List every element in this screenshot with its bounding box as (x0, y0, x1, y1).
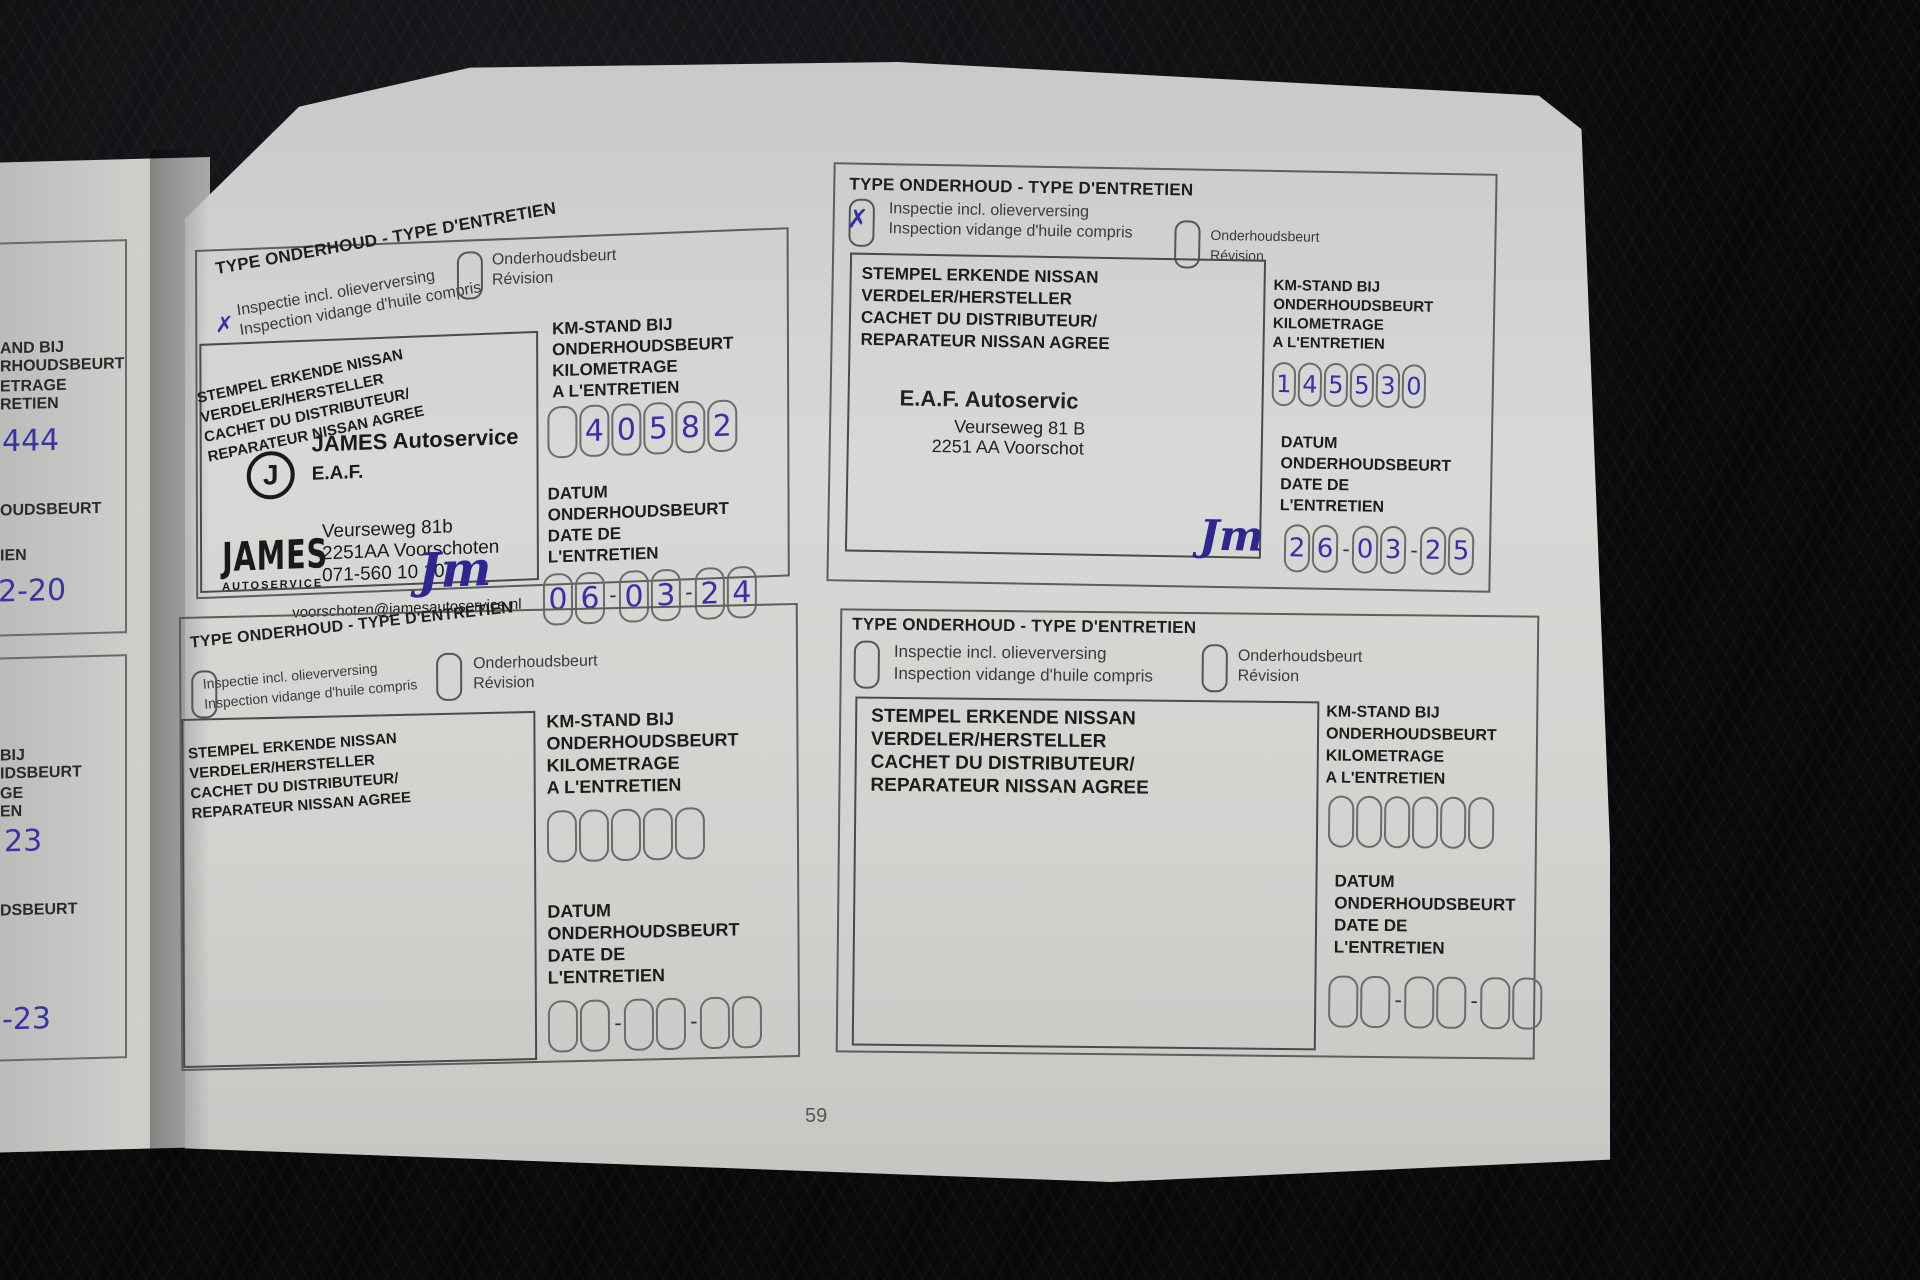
date-label: DATUMONDERHOUDSBEURTDATE DEL'ENTRETIEN (547, 896, 739, 988)
type-title: TYPE ONDERHOUD - TYPE D'ENTRETIEN (852, 614, 1196, 638)
date-digits: - - (548, 996, 764, 1053)
date-digit[interactable] (700, 997, 730, 1050)
date-digits: - - (1328, 975, 1545, 1029)
date-digit[interactable] (656, 998, 686, 1051)
left-date-value: -23 (2, 1001, 51, 1037)
km-digits (547, 807, 707, 863)
date-digit: 0 (1352, 525, 1379, 573)
left-date-label: IEN (0, 547, 27, 566)
date-digit[interactable] (1328, 975, 1359, 1027)
left-km-label: IDSBEURT (0, 763, 82, 783)
inspection-checkmark: ✗ (215, 313, 234, 339)
km-digit: 2 (707, 399, 737, 452)
km-digit (547, 405, 577, 458)
km-digit: 4 (579, 404, 609, 457)
km-label: KM-STAND BIJONDERHOUDSBEURTKILOMETRAGEA … (1272, 276, 1433, 355)
date-label: DATUMONDERHOUDSBEURTDATE DEL'ENTRETIEN (1280, 432, 1452, 519)
date-label: DATUMONDERHOUDSBEURTDATE DEL'ENTRETIEN (548, 477, 730, 568)
km-digit: 3 (1376, 364, 1401, 408)
km-digit[interactable] (1468, 797, 1495, 849)
left-km-label: AND BIJ (0, 339, 64, 359)
km-digit (547, 810, 577, 863)
km-digits: 4 0 5 8 2 (547, 399, 739, 458)
km-digit[interactable] (1412, 796, 1439, 848)
dealer-stamp-box: STEMPEL ERKENDE NISSANVERDELER/HERSTELLE… (181, 711, 537, 1068)
stamp-company-sub: E.A.F. (312, 462, 364, 486)
service-entry-card-1: TYPE ONDERHOUD - TYPE D'ENTRETIEN ✗ Insp… (195, 227, 790, 599)
signature: Jm (418, 541, 492, 600)
date-label: DATUMONDERHOUDSBEURTDATE DEL'ENTRETIEN (1334, 871, 1516, 961)
signature: Jm (1199, 511, 1264, 561)
left-km-label: RETIEN (0, 395, 59, 415)
stamp-brand-sub: AUTOSERVICE (222, 577, 323, 593)
page-number: 59 (805, 1105, 827, 1128)
service-entry-card-2: TYPE ONDERHOUD - TYPE D'ENTRETIEN ✗ Insp… (826, 162, 1497, 593)
stamp-label: STEMPEL ERKENDE NISSANVERDELER/HERSTELLE… (188, 728, 412, 824)
date-digit[interactable] (548, 1000, 578, 1053)
left-km-label: RHOUDSBEURT (0, 355, 124, 376)
james-logo-icon: J (247, 450, 295, 500)
km-digit: 4 (1298, 362, 1323, 406)
stamp-city: 2251 AA Voorschot (932, 436, 1084, 460)
type-title: TYPE ONDERHOUD - TYPE D'ENTRETIEN (849, 175, 1193, 201)
left-km-label: GE (0, 785, 23, 804)
km-digit: 5 (643, 402, 673, 455)
date-digit[interactable] (580, 999, 610, 1052)
km-digit (579, 809, 609, 862)
km-digit[interactable] (1440, 797, 1467, 849)
stamp-label: STEMPEL ERKENDE NISSANVERDELER/HERSTELLE… (870, 705, 1149, 800)
revision-checkbox[interactable] (457, 251, 483, 300)
dealer-stamp-box: STEMPEL ERKENDE NISSANVERDELER/HERSTELLE… (852, 697, 1320, 1051)
km-digit[interactable] (1356, 796, 1383, 848)
date-digit[interactable] (732, 996, 762, 1049)
km-label: KM-STAND BIJONDERHOUDSBEURTKILOMETRAGEA … (552, 311, 734, 402)
km-digit: 0 (1402, 364, 1427, 408)
service-entry-card-3: TYPE ONDERHOUD - TYPE D'ENTRETIEN Inspec… (179, 603, 800, 1071)
option-inspection: Inspectie incl. olieverversing Inspectio… (888, 199, 1133, 243)
option-inspection: Inspectie incl. olieverversing Inspectio… (202, 654, 418, 714)
service-entry-card-4: TYPE ONDERHOUD - TYPE D'ENTRETIEN Inspec… (836, 608, 1540, 1059)
date-digit[interactable] (1480, 977, 1511, 1029)
km-digit: 5 (1324, 363, 1349, 407)
km-digits (1328, 795, 1497, 849)
left-km-label: EN (0, 803, 22, 822)
date-digit: 2 (1284, 524, 1311, 572)
revision-checkbox[interactable] (1201, 644, 1228, 692)
inspection-checkmark: ✗ (846, 204, 868, 234)
inspection-checkbox[interactable] (854, 640, 881, 688)
date-digit[interactable] (1360, 976, 1391, 1028)
option-inspection: Inspectie incl. olieverversing Inspectio… (236, 258, 483, 341)
date-digit: 3 (1380, 526, 1407, 574)
km-digits: 1 4 5 5 3 0 (1272, 362, 1429, 409)
left-km-label: BIJ (0, 747, 25, 766)
km-digit: 8 (675, 401, 705, 454)
km-digit[interactable] (1328, 795, 1355, 847)
date-digit[interactable] (1436, 977, 1467, 1029)
date-digit: 2 (1420, 527, 1447, 575)
stamp-brand: JAMES (222, 531, 328, 581)
stamp-label: STEMPEL ERKENDE NISSANVERDELER/HERSTELLE… (860, 263, 1111, 355)
date-digit[interactable] (1404, 976, 1435, 1028)
option-inspection: Inspectie incl. olieverversing Inspectio… (894, 641, 1154, 688)
left-km-label: ETRAGE (0, 377, 67, 397)
option-revision: Onderhoudsbeurt Révision (1238, 647, 1363, 688)
eaf-stamp: E.A.F. Autoservic Veurseweg 81 B 2251 AA… (852, 255, 1264, 262)
left-km-value: 23 (4, 823, 42, 859)
km-digit (675, 807, 705, 860)
left-date-value: 2-20 (0, 573, 66, 610)
date-digit: 5 (1448, 527, 1475, 575)
km-digit: 1 (1272, 362, 1297, 406)
option-revision: Onderhoudsbeurt Révision (473, 652, 598, 695)
date-digits: 2 6 - 0 3 - 2 5 (1284, 524, 1477, 575)
date-digit[interactable] (624, 998, 654, 1051)
left-date-label: DSBEURT (0, 900, 77, 920)
km-digit (643, 808, 673, 861)
date-digit[interactable] (1512, 977, 1543, 1029)
date-digit: 6 (1312, 525, 1339, 573)
revision-checkbox[interactable] (436, 653, 462, 702)
km-digit: 0 (611, 403, 641, 456)
left-km-value: 444 (2, 423, 59, 459)
km-digit: 5 (1350, 363, 1375, 407)
stamp-company-name: E.A.F. Autoservic (899, 385, 1078, 414)
option-revision: Onderhoudsbeurt Révision (492, 246, 617, 291)
km-digit (611, 809, 641, 862)
left-date-label: OUDSBEURT (0, 500, 101, 521)
km-digit[interactable] (1384, 796, 1411, 848)
km-label: KM-STAND BIJONDERHOUDSBEURTKILOMETRAGEA … (1325, 701, 1497, 791)
km-label: KM-STAND BIJONDERHOUDSBEURTKILOMETRAGEA … (546, 706, 738, 798)
